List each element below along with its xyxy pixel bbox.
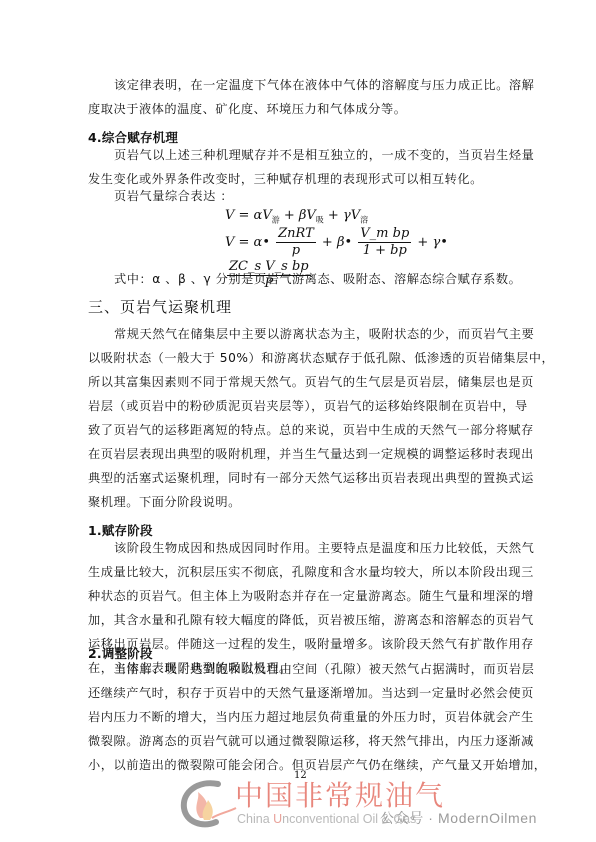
formula-intro: 页岩气量综合表达 ： — [88, 184, 513, 209]
paragraph-line: 度取决于液体的温度、矿化度、环境压力和气体成分等。 — [88, 97, 513, 122]
paragraph-line: 微裂隙。游离态的页岩气就可以通过微裂隙运移，将天然气排出，内压力逐渐减 — [88, 729, 513, 754]
paragraph-line: 加，其含水量和孔隙有较大幅度的降低，页岩被压缩，游离态和溶解态的页岩气 — [88, 608, 513, 633]
paragraph-line: 岩内压力不断的增大，当内压力超过地层负荷重量的外压力时，页岩体就会产生 — [88, 705, 513, 730]
paragraph-line: 致了页岩气的运移距离短的特点。总的来说，页岩中生成的天然气一部分将赋存 — [88, 418, 513, 443]
paragraph-line: 聚机理。下面分阶段说明。 — [88, 490, 513, 515]
paragraph-line: 当溶解、吸附达到饱和以及自由空间（孔隙）被天然气占据满时，而页岩层 — [88, 657, 513, 682]
paragraph-line: 种状态的页岩气。但主体上为吸附态并存在一定量游离态。随生气量和埋深的增 — [88, 584, 513, 609]
paragraph-line: 常规天然气在储集层中主要以游离状态为主，吸附状态的少，而页岩气主要 — [88, 322, 513, 347]
fraction-free-gas: ZnRT p — [276, 226, 316, 259]
formula-total-volume: V = αV游 + βV吸 + γV溶 — [225, 208, 368, 226]
paragraph-line: 还继续产气时，积存于页岩中的天然气量逐渐增加。当达到一定量时必然会使页 — [88, 681, 513, 706]
paragraph-line: 该阶段生物成因和热成因同时作用。主要特点是温度和压力比较低，天然气 — [88, 536, 513, 561]
paragraph-line: 以吸附状态（一般大于 50%）和游离状态赋存于低孔隙、低渗透的页岩储集层中， — [88, 346, 513, 371]
flame-logo-icon — [178, 778, 238, 828]
paragraph-line: 所以其富集因素则不同于常规天然气。页岩气的生气层是页岩层，储集层也是页 — [88, 370, 513, 395]
fraction-adsorbed-gas: V_m bp 1 + bp — [358, 226, 411, 259]
paragraph-line: 生成量比较大，沉积层压实不彻底，孔隙度和含水量均较大，所以本阶段出现三 — [88, 560, 513, 585]
wechat-watermark: 公众号 · ModernOilmen — [380, 808, 537, 828]
paragraph-line: 典型的活塞式运聚机理，同时有一部分天然气运移出页岩表现出典型的置换式运 — [88, 466, 513, 491]
paragraph-line: 岩层（或页岩中的粉砂质泥页岩夹层等），页岩气的运移始终限制在页岩中，导 — [88, 394, 513, 419]
paragraph-line: 在页岩层表现出典型的吸附机理，并当生气量达到一定规模的调整运移时表现出 — [88, 442, 513, 467]
formula-note: 式中：α 、β 、γ 分别是页岩气游离态、吸附态、溶解态综合赋存系数。 — [88, 267, 513, 292]
paragraph-line: 页岩气以上述三种机理赋存并不是相互独立的，一成不变的，当页岩生烃量 — [88, 143, 513, 168]
chapter-heading: 三、页岩气运聚机理 — [88, 296, 232, 317]
paragraph-line: 该定律表明，在一定温度下气体在液体中气体的溶解度与压力成正比。溶解 — [88, 73, 513, 98]
